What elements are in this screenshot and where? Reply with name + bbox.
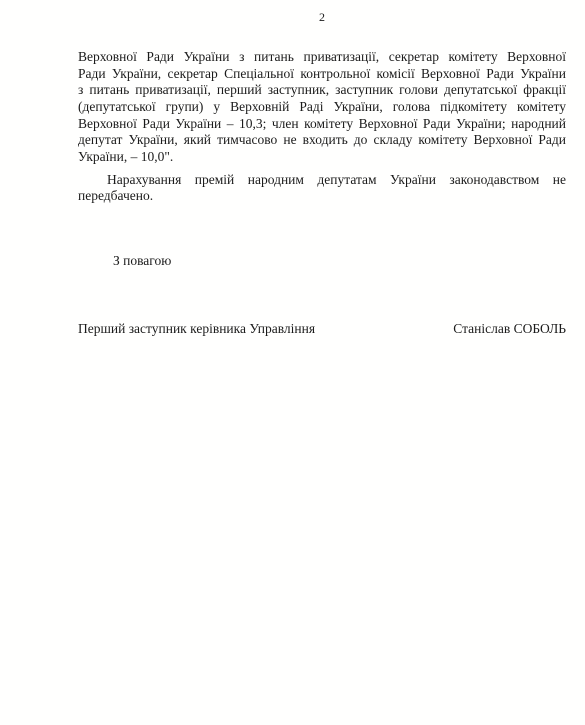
- paragraph-premiums: Нарахування премій народним депутатам Ук…: [78, 172, 566, 205]
- paragraph-line: Верховної Ради України з питань приватиз…: [78, 49, 566, 66]
- document-page: 2 Верховної Ради України з питань приват…: [0, 0, 585, 725]
- paragraph-line: з питань приватизації, перший заступник,…: [78, 82, 566, 99]
- paragraph-line: депутат України, який тимчасово не входи…: [78, 132, 566, 149]
- document-body: Верховної Ради України з питань приватиз…: [78, 49, 566, 205]
- page-number: 2: [78, 10, 566, 24]
- paragraph-line: Ради України, секретар Спеціальної контр…: [78, 66, 566, 83]
- signature-position-title: Перший заступник керівника Управління: [78, 320, 315, 337]
- signature-person-name: Станіслав СОБОЛЬ: [453, 320, 566, 337]
- paragraph-continuation: Верховної Ради України з питань приватиз…: [78, 49, 566, 166]
- closing-salutation: З повагою: [113, 252, 171, 269]
- paragraph-line: (депутатської групи) у Верховній Раді Ук…: [78, 99, 566, 116]
- paragraph-line: України, – 10,0".: [78, 149, 566, 166]
- paragraph-line: передбачено.: [78, 188, 566, 205]
- signature-block: Перший заступник керівника Управління Ст…: [78, 320, 566, 337]
- paragraph-line: Верховної Ради України – 10,3; член комі…: [78, 116, 566, 133]
- paragraph-line: Нарахування премій народним депутатам Ук…: [78, 172, 566, 189]
